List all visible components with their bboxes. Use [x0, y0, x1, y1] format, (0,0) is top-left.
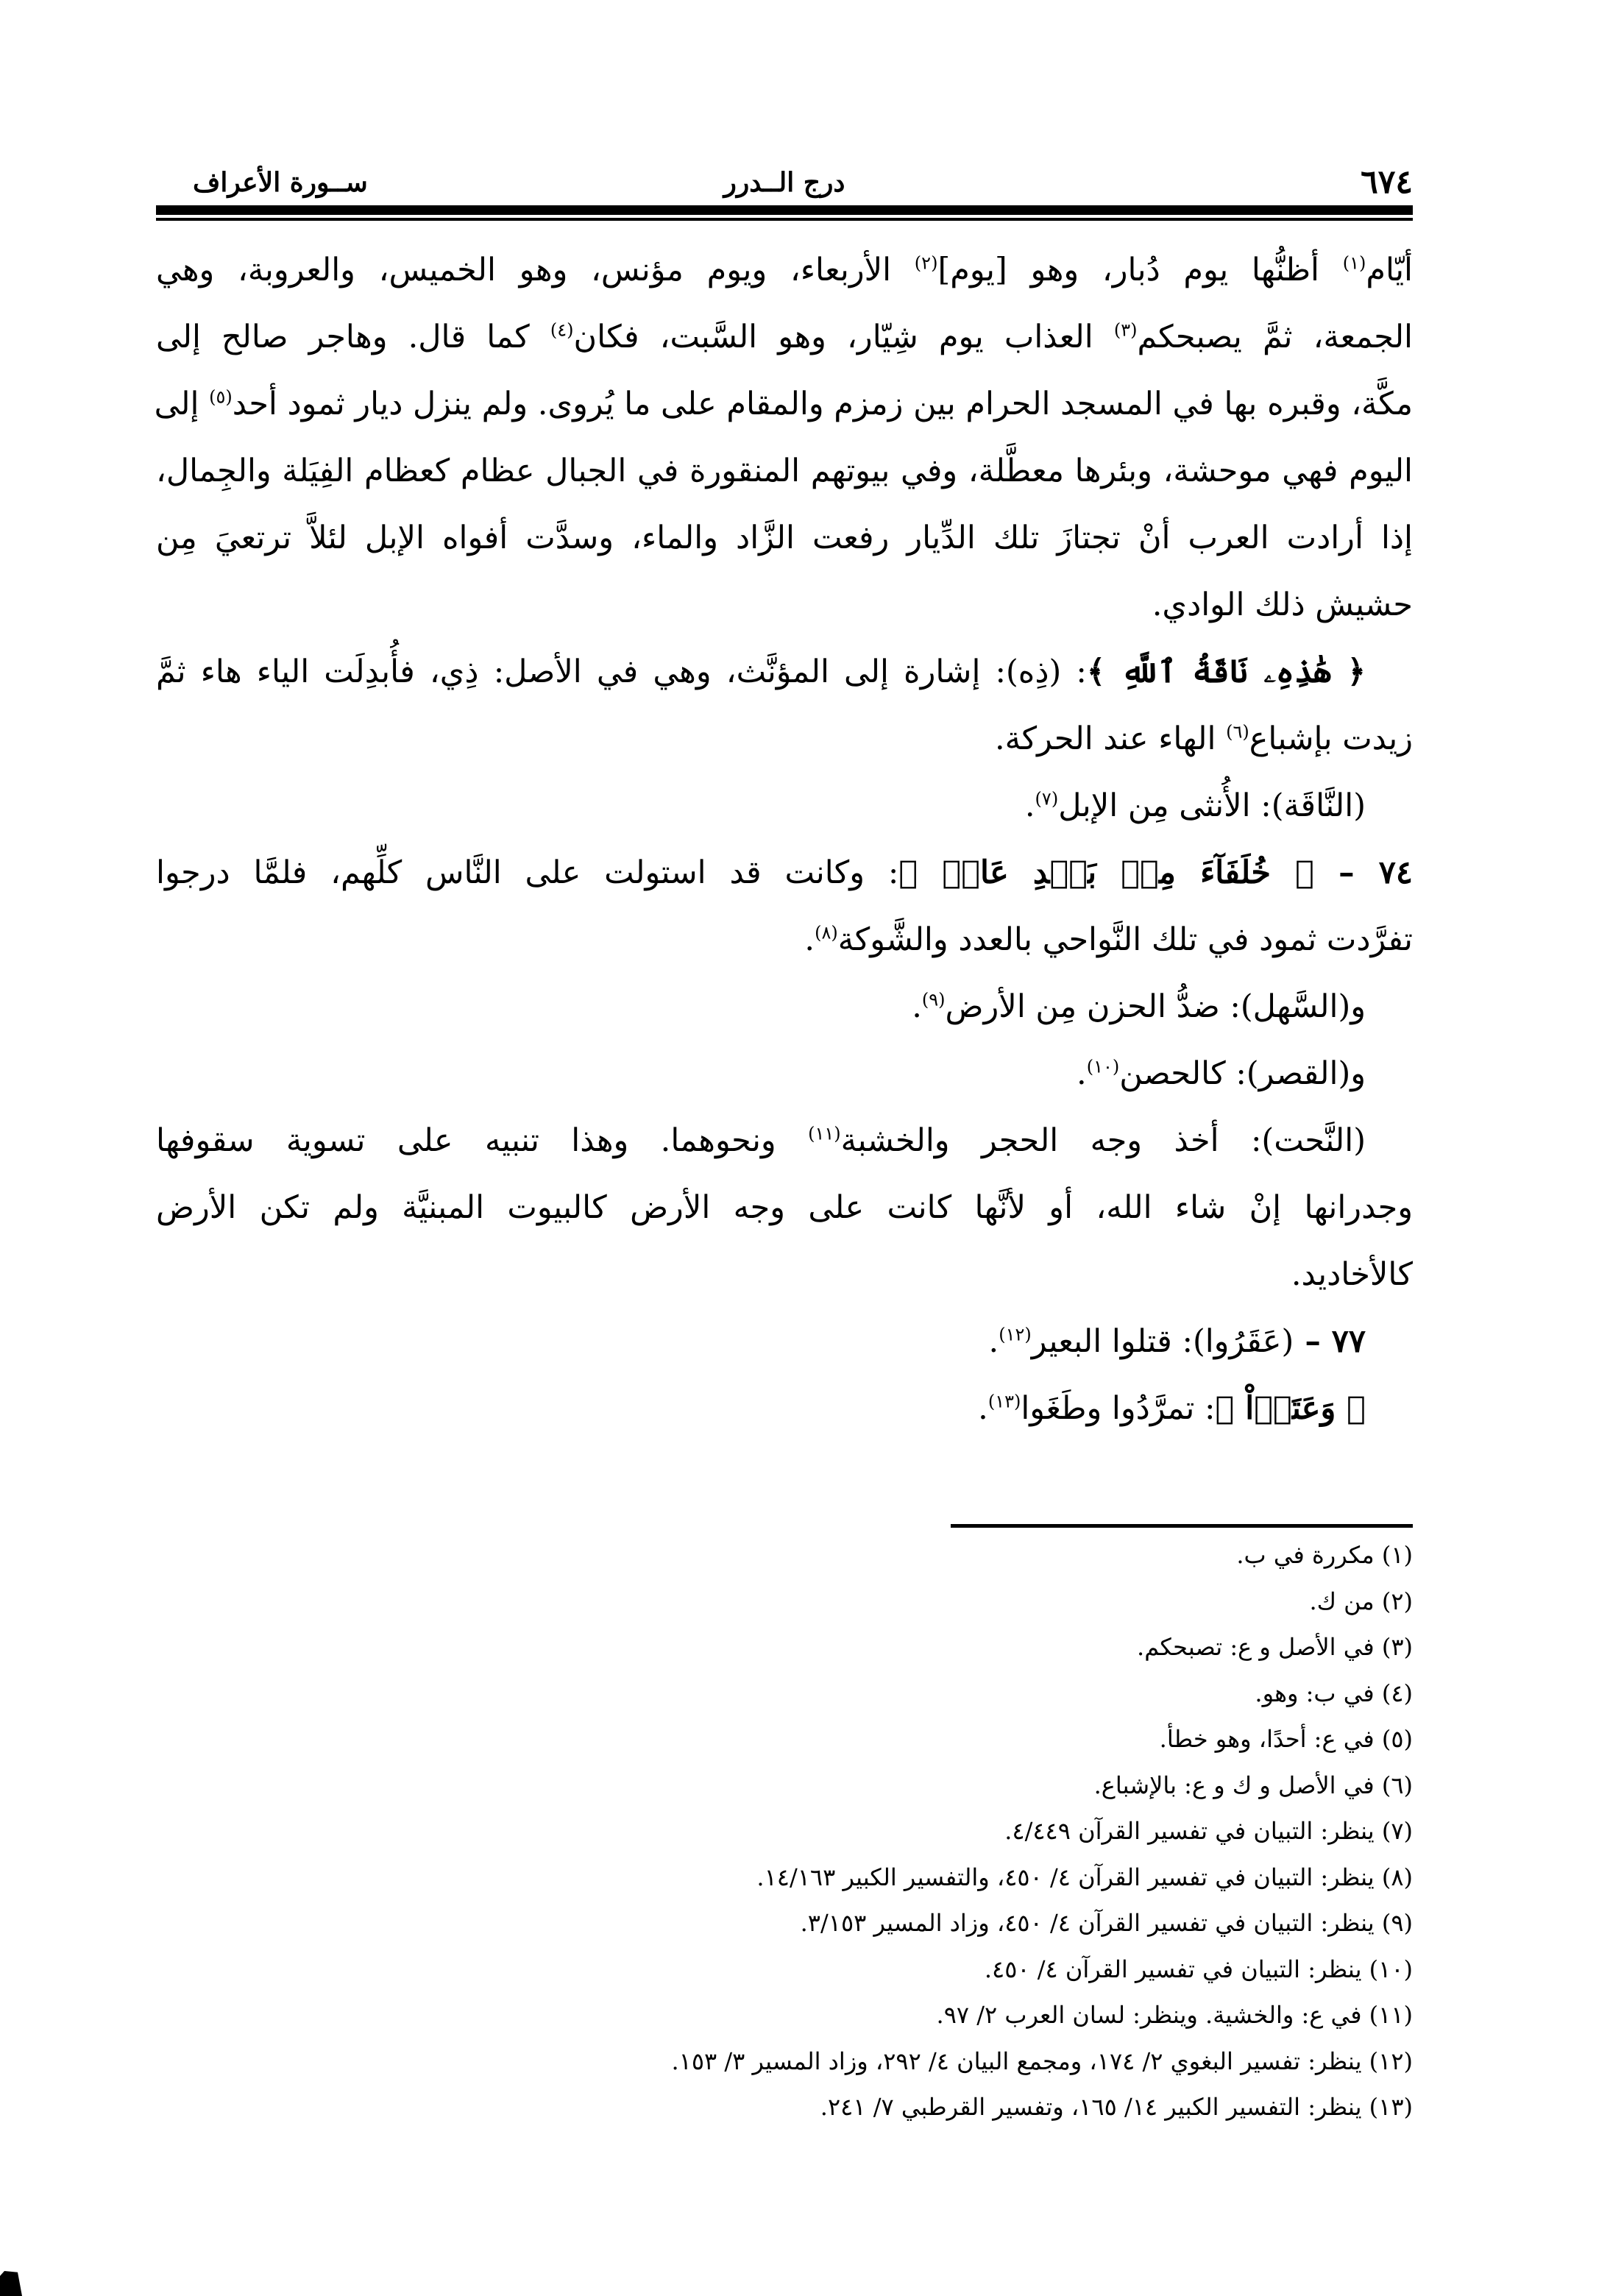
footnote: (١٠) ينظر: التبيان في تفسير القرآن ٤/ ٤٥… [156, 1946, 1413, 1993]
footnote-number: (١١) [1369, 2001, 1413, 2029]
text-run: : وكانت قد استولت على النَّاس كلِّهم، فل… [156, 854, 898, 891]
footnote-text: في ع: أحدًا، وهو خطأ. [1160, 1725, 1382, 1753]
footnote-ref: (٤) [550, 320, 574, 341]
footnote: (٤) في ب: وهو. [156, 1670, 1413, 1717]
text-run: . [989, 1323, 999, 1360]
quran-verse: ﴿ وَعَتَوۡاْ ﴾ [1215, 1390, 1366, 1427]
footnote-ref: (٩) [922, 990, 946, 1010]
text-run: ونحوهما. وهذا تنبيه على تسوية سقوفها [156, 1122, 808, 1159]
text-run: : (ذِه): إشارة إلى المؤنَّث، وهي في الأص… [156, 653, 1087, 690]
text-run: أظنُّها يوم دُبار، وهو [يوم] [937, 252, 1342, 288]
footnote-ref: (١) [1343, 253, 1366, 274]
running-header: ٦٧٤ درج الــدرر ســورة الأعراف [156, 163, 1413, 202]
footnote-text: في الأصل و ك و ع: بالإشباع. [1094, 1771, 1382, 1799]
body-line: ﴿ وَعَتَوۡاْ ﴾: تمرَّدُوا وطَغَوا(١٣). [156, 1375, 1413, 1442]
body-line: حشيش ذلك الوادي. [156, 572, 1413, 639]
body-line: و(القصر): كالحصن(١٠). [156, 1041, 1413, 1108]
body-line: (النَّحت): أخذ وجه الحجر والخشبة(١١) ونح… [156, 1108, 1413, 1174]
footnote-number: (١٠) [1369, 1955, 1413, 1983]
body-line: ٧٤ – ﴿ خُلَفَآءَ مِنۢ بَعۡدِ عَادٖ ﴾: وك… [156, 840, 1413, 907]
text-run: تفرَّدت ثمود في تلك النَّواحي بالعدد وال… [838, 921, 1413, 958]
body-line: (النَّاقَة): الأُنثى مِن الإبل(٧). [156, 773, 1413, 840]
footnote-number: (٦) [1382, 1771, 1413, 1799]
footnote-ref: (١٣) [988, 1392, 1021, 1412]
footnote-text: في ع: والخشية. وينظر: لسان العرب ٢/ ٩٧. [937, 2001, 1369, 2029]
footnote-number: (٨) [1382, 1863, 1413, 1891]
footnote-text: ينظر: التبيان في تفسير القرآن ٤/ ٤٥٠، وز… [801, 1909, 1382, 1937]
text-run: أيّام [1366, 252, 1413, 288]
footnote: (١١) في ع: والخشية. وينظر: لسان العرب ٢/… [156, 1992, 1413, 2038]
text-run: كالأخاديد. [1291, 1256, 1413, 1293]
footnote-ref: (٢) [915, 253, 938, 274]
text-run: إذا أرادت العرب أنْ تجتازَ تلك الدِّيار … [156, 520, 1413, 556]
text-run: . [912, 988, 922, 1025]
body-line: إذا أرادت العرب أنْ تجتازَ تلك الدِّيار … [156, 505, 1413, 572]
text-run: و(القصر): كالحصن [1119, 1055, 1366, 1092]
footnote: (١٣) ينظر: التفسير الكبير ١٤/ ١٦٥، وتفسي… [156, 2084, 1413, 2130]
surah-title: ســورة الأعراف [193, 165, 368, 200]
text-run: زيدت بإشباع [1249, 720, 1413, 757]
footnote: (٨) ينظر: التبيان في تفسير القرآن ٤/ ٤٥٠… [156, 1854, 1413, 1901]
footnote-number: (١) [1382, 1541, 1413, 1569]
footnote-number: (١٢) [1369, 2047, 1413, 2075]
text-run: حشيش ذلك الوادي. [1152, 587, 1413, 623]
footnote-text: ينظر: التبيان في تفسير القرآن ٤/ ٤٥٠. [985, 1955, 1369, 1983]
footnote-text: ينظر: التبيان في تفسير القرآن ٤/٤٤٩. [1004, 1817, 1382, 1845]
footnote-ref: (١٢) [999, 1325, 1032, 1345]
footnote-ref: (١١) [808, 1124, 841, 1144]
text-run: (النَّاقَة): الأُنثى مِن الإبل [1058, 787, 1366, 824]
text-run: الجمعة، ثمَّ يصبحكم [1137, 319, 1413, 355]
footnote-number: (٧) [1382, 1817, 1413, 1845]
footnote-ref: (٣) [1114, 320, 1138, 341]
footnote-ref: (١٠) [1087, 1057, 1120, 1077]
scan-artifact [0, 2271, 22, 2296]
footnote-text: في ب: وهو. [1255, 1679, 1381, 1707]
text-run: اليوم فهي موحشة، وبئرها معطَّلة، وفي بيو… [156, 453, 1413, 489]
body-line: ﴿ هَٰذِهِۦ نَاقَةُ ٱللَّهِ ﴾: (ذِه): إشا… [156, 639, 1413, 706]
footnote-ref: (٨) [815, 923, 838, 943]
footnote: (٥) في ع: أحدًا، وهو خطأ. [156, 1716, 1413, 1762]
footnote-number: (٩) [1382, 1909, 1413, 1937]
body-line: الجمعة، ثمَّ يصبحكم(٣) العذاب يوم شِيّار… [156, 304, 1413, 371]
body-line: و(السَّهل): ضدُّ الحزن مِن الأرض(٩). [156, 974, 1413, 1041]
text-run: (النَّحت): أخذ وجه الحجر والخشبة [841, 1122, 1366, 1159]
footnote: (٩) ينظر: التبيان في تفسير القرآن ٤/ ٤٥٠… [156, 1900, 1413, 1946]
footnote-number: (٣) [1382, 1633, 1413, 1661]
footnote-number: (٢) [1382, 1587, 1413, 1615]
quran-verse: ﴿ هَٰذِهِۦ نَاقَةُ ٱللَّهِ ﴾ [1087, 653, 1366, 690]
text-run: وجدرانها إنْ شاء الله، أو لأنَّها كانت ع… [156, 1189, 1413, 1226]
text-run: . [978, 1390, 988, 1427]
text-run: . [804, 921, 815, 958]
footnote-text: ينظر: التفسير الكبير ١٤/ ١٦٥، وتفسير الق… [820, 2093, 1369, 2121]
header-rule-thick [156, 205, 1413, 215]
text-run: كما قال. وهاجر صالح إلى [156, 319, 550, 355]
book-page: ٦٧٤ درج الــدرر ســورة الأعراف أيّام(١) … [156, 0, 1413, 2296]
verse-number: ٧٤ – [1314, 854, 1413, 891]
footnote-separator [951, 1524, 1413, 1528]
verse-number: ٧٧ – [1294, 1323, 1366, 1360]
footnote-number: (١٣) [1369, 2093, 1413, 2121]
footnote: (٦) في الأصل و ك و ع: بالإشباع. [156, 1762, 1413, 1809]
text-run: . [1077, 1055, 1087, 1092]
text-run: الأربعاء، ويوم مؤنس، وهو الخميس، والعروب… [156, 252, 915, 288]
footnotes: (١) مكررة في ب. (٢) من ك. (٣) في الأصل و… [156, 1532, 1413, 2130]
text-run: (عَقَرُوا): قتلوا البعير [1032, 1323, 1294, 1360]
footnote-text: ينظر: التبيان في تفسير القرآن ٤/ ٤٥٠، وا… [756, 1863, 1381, 1891]
text-run: و(السَّهل): ضدُّ الحزن مِن الأرض [946, 988, 1366, 1025]
body-line: اليوم فهي موحشة، وبئرها معطَّلة، وفي بيو… [156, 438, 1413, 505]
book-title: درج الــدرر [724, 165, 845, 200]
footnote-number: (٤) [1382, 1679, 1413, 1707]
header-rule-thin [156, 218, 1413, 221]
footnote: (٣) في الأصل و ع: تصبحكم. [156, 1624, 1413, 1670]
footnote-ref: (٦) [1226, 722, 1249, 743]
quran-verse: ﴿ خُلَفَآءَ مِنۢ بَعۡدِ عَادٖ ﴾ [898, 854, 1314, 891]
footnote-text: مكررة في ب. [1236, 1541, 1381, 1569]
footnote-text: من ك. [1309, 1587, 1381, 1615]
text-run: العذاب يوم شِيّار، وهو السَّبت، فكان [574, 319, 1114, 355]
footnote: (١٢) ينظر: تفسير البغوي ٢/ ١٧٤، ومجمع ال… [156, 2038, 1413, 2085]
footnote: (٧) ينظر: التبيان في تفسير القرآن ٤/٤٤٩. [156, 1808, 1413, 1854]
footnote-number: (٥) [1382, 1725, 1413, 1753]
body-line: مكَّة، وقبره بها في المسجد الحرام بين زم… [156, 371, 1413, 438]
body-line: وجدرانها إنْ شاء الله، أو لأنَّها كانت ع… [156, 1174, 1413, 1241]
text-run: . [1025, 787, 1035, 824]
footnote: (١) مكررة في ب. [156, 1532, 1413, 1578]
body-line: تفرَّدت ثمود في تلك النَّواحي بالعدد وال… [156, 907, 1413, 974]
body-line: كالأخاديد. [156, 1241, 1413, 1308]
footnote-ref: (٧) [1035, 789, 1059, 809]
body-line: أيّام(١) أظنُّها يوم دُبار، وهو [يوم](٢)… [156, 237, 1413, 304]
text-run: إلى [155, 386, 210, 422]
footnote: (٢) من ك. [156, 1578, 1413, 1625]
body-line: زيدت بإشباع(٦) الهاء عند الحركة. [156, 706, 1413, 773]
footnote-text: في الأصل و ع: تصبحكم. [1137, 1633, 1382, 1661]
text-run: الهاء عند الحركة. [995, 720, 1226, 757]
body-text: أيّام(١) أظنُّها يوم دُبار، وهو [يوم](٢)… [156, 237, 1413, 1442]
text-run: : تمرَّدُوا وطَغَوا [1021, 1390, 1215, 1427]
page-number: ٦٧٤ [1361, 163, 1413, 202]
footnote-ref: (٥) [209, 387, 233, 408]
text-run: مكَّة، وقبره بها في المسجد الحرام بين زم… [233, 386, 1413, 422]
body-line: ٧٧ – (عَقَرُوا): قتلوا البعير(١٢). [156, 1308, 1413, 1375]
footnote-text: ينظر: تفسير البغوي ٢/ ١٧٤، ومجمع البيان … [671, 2047, 1369, 2075]
